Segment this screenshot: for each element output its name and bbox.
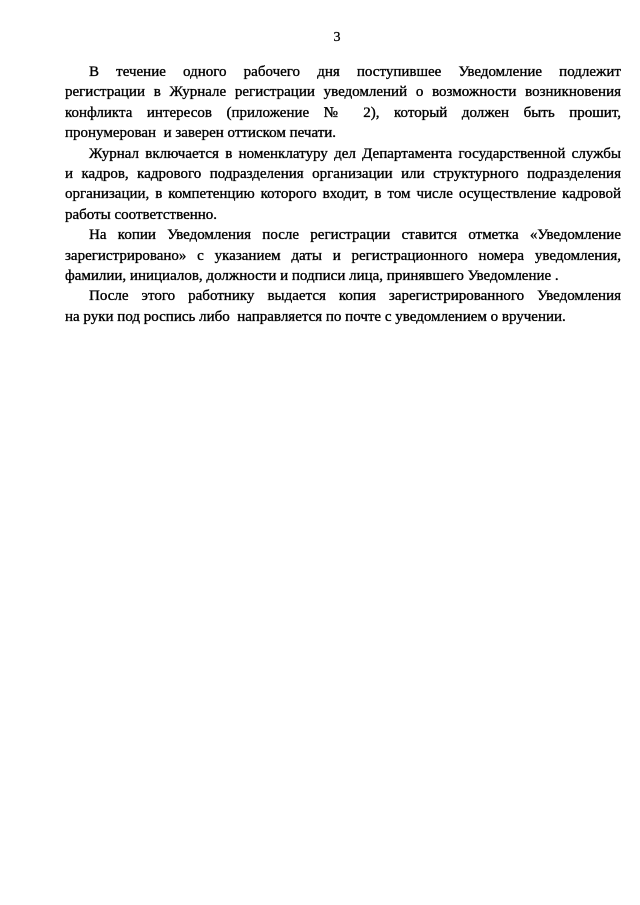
text-line: и кадров, кадрового подразделения органи… [65,164,621,184]
text-line: работы соответственно. [65,205,621,225]
paragraph-copy-mark: На копии Уведомления после регистрации с… [65,225,621,286]
text-line: На копии Уведомления после регистрации с… [65,225,621,245]
text-line: организации, в компетенцию которого вход… [65,184,621,204]
text-line: В течение одного рабочего дня поступивше… [65,62,621,82]
document-body: В течение одного рабочего дня поступивше… [65,62,621,327]
paragraph-registration: В течение одного рабочего дня поступивше… [65,62,621,144]
document-page: 3 В течение одного рабочего дня поступив… [0,0,640,905]
text-line: Журнал включается в номенклатуру дел Деп… [65,144,621,164]
text-line: на руки под роспись либо направляется по… [65,307,621,327]
text-line: конфликта интересов (приложение № 2), ко… [65,103,621,123]
text-line: пронумерован и заверен оттиском печати. [65,123,621,143]
text-line: фамилии, инициалов, должности и подписи … [65,266,621,286]
text-line: После этого работнику выдается копия зар… [65,286,621,306]
text-line: регистрации в Журнале регистрации уведом… [65,82,621,102]
paragraph-journal: Журнал включается в номенклатуру дел Деп… [65,144,621,226]
page-number: 3 [0,30,640,46]
paragraph-issue-copy: После этого работнику выдается копия зар… [65,286,621,327]
text-line: зарегистрировано» с указанием даты и рег… [65,246,621,266]
